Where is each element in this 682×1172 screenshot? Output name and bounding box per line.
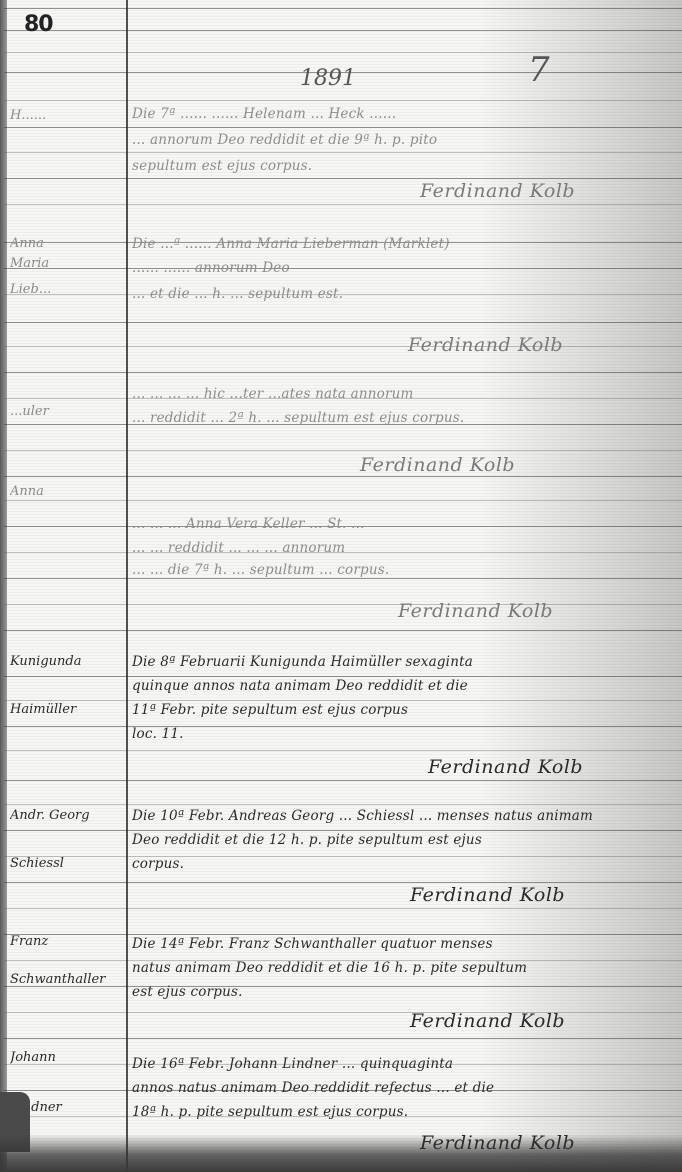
entry-text-line: corpus. <box>132 856 668 872</box>
margin-name: ...uler <box>10 404 122 419</box>
page-number: 80 <box>24 12 53 37</box>
scanned-register-page: 80 1891 7 H...... Die 7ª ...... ...... H… <box>0 0 682 1172</box>
entry-text-line: Die 14ª Febr. Franz Schwanthaller quatuo… <box>132 936 668 952</box>
ruled-line <box>4 30 682 31</box>
margin-name: Schwanthaller <box>10 972 122 987</box>
margin-name: Haimüller <box>10 702 122 717</box>
entry-text-line: Die 10ª Febr. Andreas Georg ... Schiessl… <box>132 808 668 824</box>
ruled-line <box>4 630 682 631</box>
margin-name: Lieb... <box>10 282 122 297</box>
margin-name: Anna <box>10 236 122 251</box>
ruled-line <box>4 204 682 205</box>
margin-name: H...... <box>10 108 122 123</box>
bracket-mark: 7 <box>528 50 550 90</box>
entry-text-line: 18ª h. p. pite sepultum est ejus corpus. <box>132 1104 668 1120</box>
scan-bottom-shadow <box>0 1134 682 1172</box>
ruled-line <box>4 52 682 53</box>
entry-text-line: ... ... ... ... hic ...ter ...ates nata … <box>132 386 668 402</box>
entry-text-line: ... ... ... Anna Vera Keller ... St. ... <box>132 516 668 532</box>
entry-text-line: ... annorum Deo reddidit et die 9ª h. p.… <box>132 132 668 148</box>
margin-name: Maria <box>10 256 122 271</box>
priest-signature: Ferdinand Kolb <box>408 334 563 356</box>
margin-name: Andr. Georg <box>10 808 122 823</box>
entry-text-line: ... et die ... h. ... sepultum est. <box>132 286 668 302</box>
ruled-line <box>4 8 682 9</box>
entry-text-line: 11ª Febr. pite sepultum est ejus corpus <box>132 702 668 718</box>
ruled-line <box>4 152 682 153</box>
entry-text-line: ...... ...... annorum Deo <box>132 260 668 276</box>
year-heading: 1891 <box>300 66 356 91</box>
priest-signature: Ferdinand Kolb <box>398 600 553 622</box>
ruled-line <box>4 700 682 701</box>
entry-text-line: Die 7ª ...... ...... Helenam ... Heck ..… <box>132 106 668 122</box>
ruled-line <box>4 322 682 323</box>
entry-text-line: natus animam Deo reddidit et die 16 h. p… <box>132 960 668 976</box>
ruled-line <box>4 830 682 831</box>
ruled-line <box>4 372 682 373</box>
ruled-line <box>4 476 682 477</box>
ruled-line <box>4 882 682 883</box>
priest-signature: Ferdinand Kolb <box>410 1010 565 1032</box>
priest-signature: Ferdinand Kolb <box>428 756 583 778</box>
margin-name: Johann <box>10 1050 122 1065</box>
entry-text-line: loc. 11. <box>132 726 668 742</box>
priest-signature: Ferdinand Kolb <box>410 884 565 906</box>
entry-text-line: Die 16ª Febr. Johann Lindner ... quinqua… <box>132 1056 668 1072</box>
entry-text-line: est ejus corpus. <box>132 984 668 1000</box>
margin-column-divider <box>126 0 128 1172</box>
entry-text-line: ... ... reddidit ... ... ... annorum <box>132 540 668 556</box>
entry-text-line: quinque annos nata animam Deo reddidit e… <box>132 678 668 694</box>
binding-edge <box>0 0 7 1172</box>
ruled-line <box>4 127 682 128</box>
margin-name: Anna <box>10 484 122 499</box>
entry-text-line: sepultum est ejus corpus. <box>132 158 668 174</box>
ruled-line <box>4 750 682 751</box>
ruled-line <box>4 346 682 347</box>
priest-signature: Ferdinand Kolb <box>360 454 515 476</box>
margin-name: Schiessl <box>10 856 122 871</box>
ruled-line <box>4 604 682 605</box>
priest-signature: Ferdinand Kolb <box>420 180 575 202</box>
entry-text-line: Die ...ª ...... Anna Maria Lieberman (Ma… <box>132 236 668 252</box>
ruled-line <box>4 178 682 179</box>
ruled-line <box>4 804 682 805</box>
entry-text-line: ... reddidit ... 2ª h. ... sepultum est … <box>132 410 668 426</box>
margin-name: Franz <box>10 934 122 949</box>
ruled-line <box>4 578 682 579</box>
ruled-line <box>4 676 682 677</box>
margin-name: Kunigunda <box>10 654 122 669</box>
ruled-line <box>4 1038 682 1039</box>
ruled-line <box>4 100 682 101</box>
ruled-line <box>4 1012 682 1013</box>
entry-text-line: annos natus animam Deo reddidit refectus… <box>132 1080 668 1096</box>
ruled-line <box>4 450 682 451</box>
entry-text-line: Die 8ª Februarii Kunigunda Haimüller sex… <box>132 654 668 670</box>
entry-text-line: Deo reddidit et die 12 h. p. pite sepult… <box>132 832 668 848</box>
ruled-line <box>4 780 682 781</box>
ruled-line <box>4 500 682 501</box>
ruled-line <box>4 908 682 909</box>
entry-text-line: ... ... die 7ª h. ... sepultum ... corpu… <box>132 562 668 578</box>
